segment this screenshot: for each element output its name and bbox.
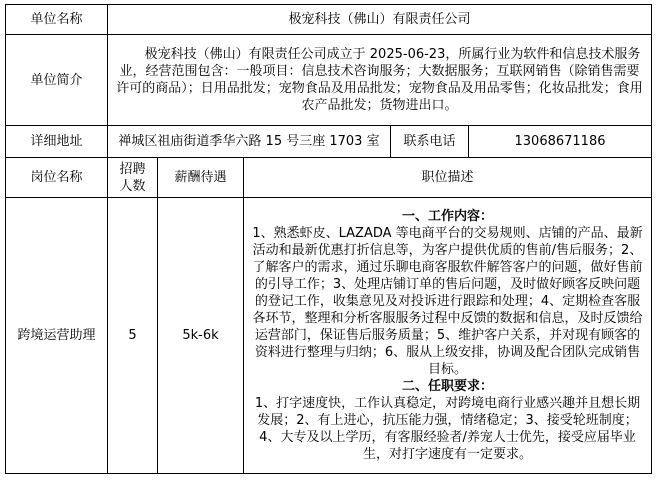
unit-name-label: 单位名称: [6, 5, 108, 35]
phone-value: 13068671186: [469, 126, 652, 158]
job-row: 跨境运营助理 5 5k-6k 一、工作内容： 1、熟悉虾皮、LAZADA 等电商…: [6, 198, 652, 474]
position-value: 跨境运营助理: [6, 198, 108, 474]
address-row: 详细地址 禅城区祖庙街道季华六路 15 号三座 1703 室 联系电话 1306…: [6, 126, 652, 158]
salary-header: 薪酬待遇: [158, 158, 244, 198]
unit-intro-cell: 极宠科技（佛山）有限责任公司成立于 2025-06-23，所属行业为软件和信息技…: [108, 35, 652, 126]
description-header: 职位描述: [244, 158, 652, 198]
requirements-body: 1、打字速度快，工作认真稳定，对跨境电商行业感兴趣并且想长期发展；2、有上进心，…: [250, 395, 645, 463]
job-header-row: 岗位名称 招聘人数 薪酬待遇 职位描述: [6, 158, 652, 198]
address-value: 禅城区祖庙街道季华六路 15 号三座 1703 室: [108, 126, 391, 158]
headcount-value: 5: [108, 198, 158, 474]
unit-intro-text: 极宠科技（佛山）有限责任公司成立于 2025-06-23，所属行业为软件和信息技…: [114, 46, 645, 114]
work-content-body: 1、熟悉虾皮、LAZADA 等电商平台的交易规则、店铺的产品、最新活动和最新优惠…: [250, 225, 645, 378]
salary-value: 5k-6k: [158, 198, 244, 474]
job-description-cell: 一、工作内容： 1、熟悉虾皮、LAZADA 等电商平台的交易规则、店铺的产品、最…: [244, 198, 652, 474]
phone-label: 联系电话: [391, 126, 469, 158]
job-posting-page: 单位名称 极宠科技（佛山）有限责任公司 单位简介 极宠科技（佛山）有限责任公司成…: [0, 0, 657, 483]
headcount-header: 招聘人数: [108, 158, 158, 198]
unit-name-row: 单位名称 极宠科技（佛山）有限责任公司: [6, 5, 652, 35]
requirements-title: 二、任职要求：: [250, 378, 645, 395]
job-posting-table: 单位名称 极宠科技（佛山）有限责任公司 单位简介 极宠科技（佛山）有限责任公司成…: [5, 4, 652, 474]
position-header: 岗位名称: [6, 158, 108, 198]
unit-intro-row: 单位简介 极宠科技（佛山）有限责任公司成立于 2025-06-23，所属行业为软…: [6, 35, 652, 126]
unit-name-value: 极宠科技（佛山）有限责任公司: [108, 5, 652, 35]
address-label: 详细地址: [6, 126, 108, 158]
unit-intro-label: 单位简介: [6, 35, 108, 126]
work-content-title: 一、工作内容：: [250, 208, 645, 225]
